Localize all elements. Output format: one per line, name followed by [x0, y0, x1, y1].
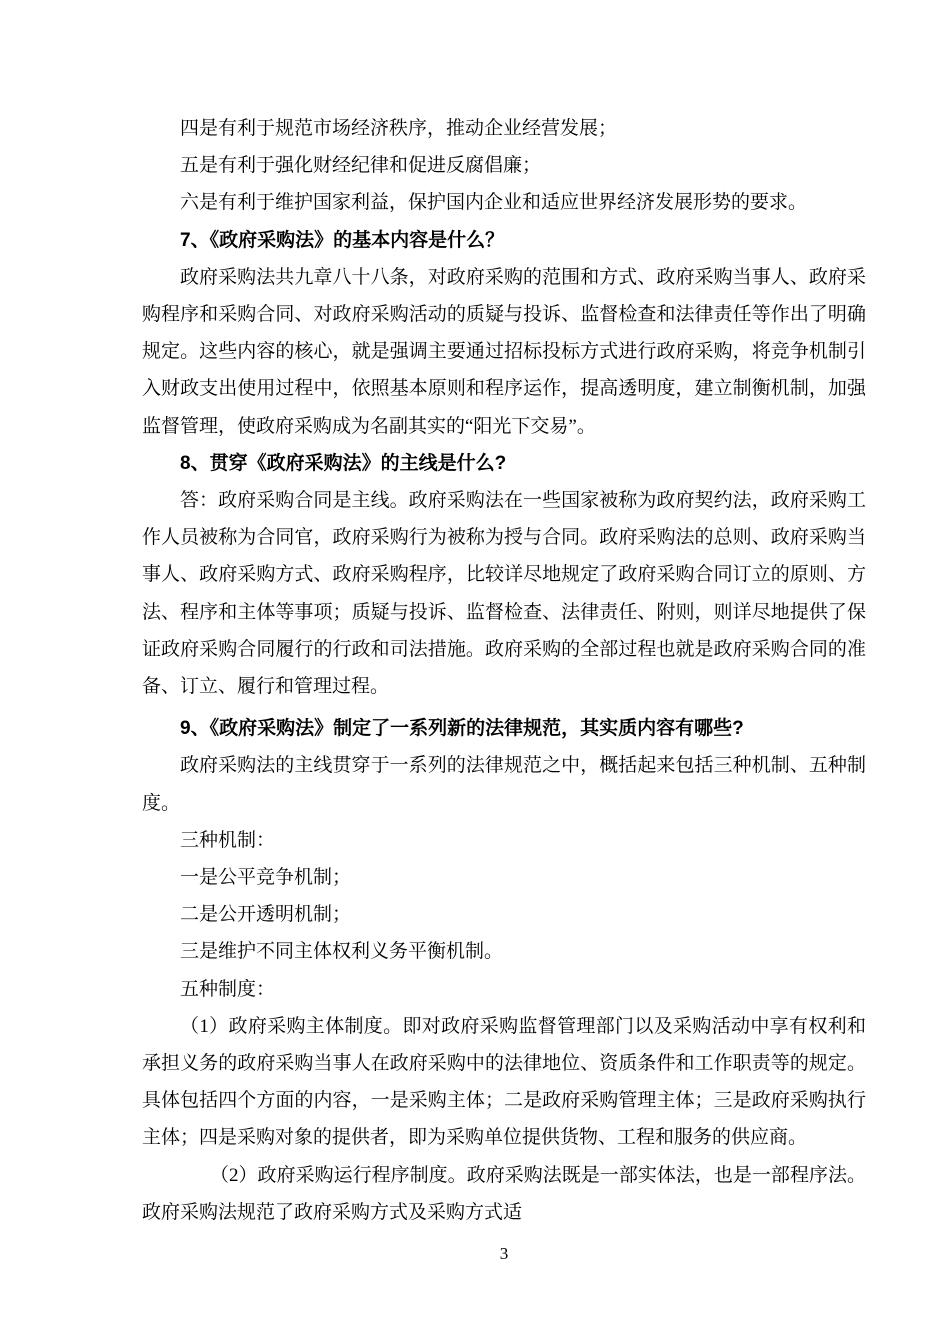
list-item-four: 四是有利于规范市场经济秩序，推动企业经营发展； [142, 110, 866, 147]
question-9-answer-intro: 政府采购法的主线贯穿于一系列的法律规范之中，概括起来包括三种机制、五种制度。 [142, 747, 866, 821]
three-mechanisms-label: 三种机制： [142, 822, 866, 859]
mechanism-item-3: 三是维护不同主体权利义务平衡机制。 [142, 933, 866, 970]
question-9-heading: 9、《政府采购法》制定了一系列新的法律规范，其实质内容有哪些? [142, 710, 866, 747]
mechanism-item-2: 二是公开透明机制； [142, 896, 866, 933]
question-8-answer: 答：政府采购合同是主线。政府采购法在一些国家被称为政府契约法，政府采购工作人员被… [142, 482, 866, 705]
system-item-1: （1）政府采购主体制度。即对政府采购监督管理部门以及采购活动中享有权利和承担义务… [142, 1008, 866, 1157]
document-body: 四是有利于规范市场经济秩序，推动企业经营发展； 五是有利于强化财经纪律和促进反腐… [142, 110, 866, 1231]
list-item-six: 六是有利于维护国家利益，保护国内企业和适应世界经济发展形势的要求。 [142, 184, 866, 221]
five-systems-label: 五种制度： [142, 971, 866, 1008]
question-8-heading: 8、贯穿《政府采购法》的主线是什么? [142, 445, 866, 482]
list-item-five: 五是有利于强化财经纪律和促进反腐倡廉； [142, 147, 866, 184]
question-7-heading: 7、《政府采购法》的基本内容是什么？ [142, 222, 866, 259]
system-item-2: （2）政府采购运行程序制度。政府采购法既是一部实体法，也是一部程序法。政府采购法… [142, 1157, 866, 1231]
page-number: 3 [142, 1243, 866, 1265]
mechanism-item-1: 一是公平竞争机制； [142, 859, 866, 896]
question-7-answer: 政府采购法共九章八十八条，对政府采购的范围和方式、政府采购当事人、政府采购程序和… [142, 259, 866, 445]
document-page: 四是有利于规范市场经济秩序，推动企业经营发展； 五是有利于强化财经纪律和促进反腐… [0, 0, 950, 1344]
